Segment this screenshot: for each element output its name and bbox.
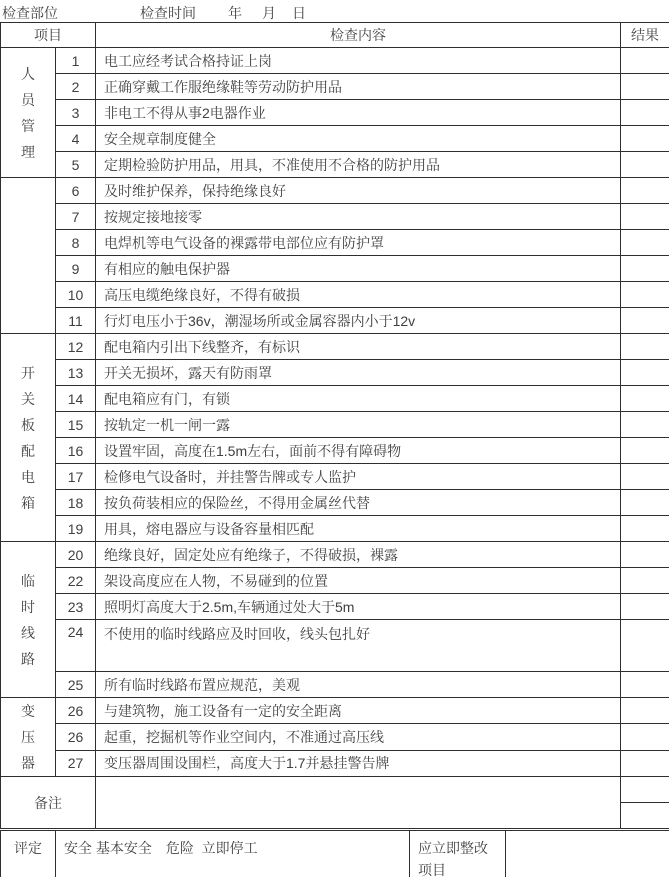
- check-item-text: 安全规章制度健全: [96, 126, 621, 152]
- check-row: 7按规定接地接零: [1, 204, 669, 230]
- category-label: [1, 178, 56, 334]
- check-row: 25所有临时线路布置应规范，美观: [1, 672, 669, 698]
- result-cell[interactable]: [621, 230, 669, 256]
- result-cell[interactable]: [621, 126, 669, 152]
- rating-label: 评定: [1, 831, 56, 877]
- inspection-table: 项目 检查内容 结果 人 员 管 理1电工应经考试合格持证上岗2正确穿戴工作服绝…: [0, 22, 669, 829]
- row-number: 3: [56, 100, 96, 126]
- rating-row: 评定 安全 基本安全 危险 立即停工 应立即整改项目: [1, 831, 669, 877]
- check-item-text: 变压器周围设围栏，高度大于1.7并悬挂警告牌: [96, 750, 621, 776]
- check-item-text: 电工应经考试合格持证上岗: [96, 48, 621, 74]
- result-cell[interactable]: [621, 438, 669, 464]
- check-item-text: 定期检验防护用品，用具，不准使用不合格的防护用品: [96, 152, 621, 178]
- row-number: 11: [56, 308, 96, 334]
- rectify-label: 应立即整改项目: [410, 831, 506, 877]
- result-cell[interactable]: [621, 282, 669, 308]
- check-row: 人 员 管 理1电工应经考试合格持证上岗: [1, 48, 669, 74]
- check-row: 临 时 线 路20绝缘良好，固定处应有绝缘子，不得破损，裸露: [1, 542, 669, 568]
- result-cell[interactable]: [621, 334, 669, 360]
- result-cell[interactable]: [621, 308, 669, 334]
- check-item-text: 检修电气设备时，并挂警告牌或专人监护: [96, 464, 621, 490]
- location-label: 检查部位: [2, 3, 58, 23]
- check-row: 15按轨定一机一闸一露: [1, 412, 669, 438]
- row-number: 12: [56, 334, 96, 360]
- result-cell[interactable]: [621, 568, 669, 594]
- result-cell[interactable]: [621, 672, 669, 698]
- day-label: 日: [292, 3, 306, 23]
- rating-options[interactable]: 安全 基本安全 危险 立即停工: [56, 831, 410, 877]
- result-cell[interactable]: [621, 620, 669, 672]
- row-number: 6: [56, 178, 96, 204]
- check-item-text: 照明灯高度大于2.5m,车辆通过处大于5m: [96, 594, 621, 620]
- check-item-text: 不使用的临时线路应及时回收，线头包扎好: [96, 620, 621, 672]
- result-cell[interactable]: [621, 490, 669, 516]
- row-number: 16: [56, 438, 96, 464]
- time-label: 检查时间: [140, 3, 196, 23]
- check-row: 13开关无损坏，露天有防雨罩: [1, 360, 669, 386]
- row-number: 24: [56, 620, 96, 672]
- check-row: 27变压器周围设围栏，高度大于1.7并悬挂警告牌: [1, 750, 669, 776]
- result-cell[interactable]: [621, 594, 669, 620]
- row-number: 17: [56, 464, 96, 490]
- rectify-content-cell[interactable]: [506, 831, 669, 877]
- category-label: 开 关 板 配 电 箱: [1, 334, 56, 542]
- check-item-text: 有相应的触电保护器: [96, 256, 621, 282]
- category-label: 变 压 器: [1, 698, 56, 777]
- row-number: 1: [56, 48, 96, 74]
- remarks-result-cell[interactable]: [621, 777, 669, 803]
- check-item-text: 开关无损坏，露天有防雨罩: [96, 360, 621, 386]
- row-number: 14: [56, 386, 96, 412]
- check-row: 14配电箱应有门，有锁: [1, 386, 669, 412]
- result-cell[interactable]: [621, 256, 669, 282]
- check-row: 19用具，熔电器应与设备容量相匹配: [1, 516, 669, 542]
- check-item-text: 按负荷装相应的保险丝，不得用金属丝代替: [96, 490, 621, 516]
- row-number: 19: [56, 516, 96, 542]
- header-row: 项目 检查内容 结果: [1, 23, 669, 48]
- row-number: 27: [56, 750, 96, 776]
- row-number: 13: [56, 360, 96, 386]
- row-number: 26: [56, 698, 96, 724]
- month-label: 月: [262, 3, 276, 23]
- row-number: 23: [56, 594, 96, 620]
- check-item-text: 配电箱应有门，有锁: [96, 386, 621, 412]
- result-cell[interactable]: [621, 698, 669, 724]
- result-cell[interactable]: [621, 542, 669, 568]
- check-row: 10高压电缆绝缘良好，不得有破损: [1, 282, 669, 308]
- col-header-item: 项目: [1, 23, 96, 48]
- check-row: 4安全规章制度健全: [1, 126, 669, 152]
- check-row: 23照明灯高度大于2.5m,车辆通过处大于5m: [1, 594, 669, 620]
- check-item-text: 及时维护保养，保持绝缘良好: [96, 178, 621, 204]
- check-row: 8电焊机等电气设备的裸露带电部位应有防护罩: [1, 230, 669, 256]
- row-number: 9: [56, 256, 96, 282]
- check-item-text: 行灯电压小于36v，潮湿场所或金属容器内小于12v: [96, 308, 621, 334]
- check-row: 6及时维护保养，保持绝缘良好: [1, 178, 669, 204]
- rating-table: 评定 安全 基本安全 危险 立即停工 应立即整改项目: [0, 830, 669, 877]
- col-header-content: 检查内容: [96, 23, 621, 48]
- year-label: 年: [228, 3, 242, 23]
- form-title-row: 检查部位 检查时间 年 月 日: [0, 0, 669, 22]
- check-row: 变 压 器26与建筑物，施工设备有一定的安全距离: [1, 698, 669, 724]
- check-row: 26起重，挖掘机等作业空间内，不准通过高压线: [1, 724, 669, 750]
- check-item-text: 所有临时线路布置应规范，美观: [96, 672, 621, 698]
- table-body: 人 员 管 理1电工应经考试合格持证上岗2正确穿戴工作服绝缘鞋等劳动防护用品3非…: [1, 48, 669, 829]
- check-item-text: 架设高度应在人物，不易碰到的位置: [96, 568, 621, 594]
- row-number: 15: [56, 412, 96, 438]
- category-label: 临 时 线 路: [1, 542, 56, 698]
- check-row: 9有相应的触电保护器: [1, 256, 669, 282]
- check-item-text: 非电工不得从事2电器作业: [96, 100, 621, 126]
- check-item-text: 绝缘良好，固定处应有绝缘子，不得破损，裸露: [96, 542, 621, 568]
- result-cell[interactable]: [621, 516, 669, 542]
- check-item-text: 起重，挖掘机等作业空间内，不准通过高压线: [96, 724, 621, 750]
- remarks-result-cell[interactable]: [621, 803, 669, 829]
- inspection-form-page: { "title": { "location_label": "检查部位", "…: [0, 0, 669, 877]
- check-item-text: 按规定接地接零: [96, 204, 621, 230]
- result-cell[interactable]: [621, 412, 669, 438]
- category-label: 人 员 管 理: [1, 48, 56, 178]
- result-cell[interactable]: [621, 48, 669, 74]
- check-item-text: 配电箱内引出下线整齐，有标识: [96, 334, 621, 360]
- row-number: 10: [56, 282, 96, 308]
- result-cell[interactable]: [621, 386, 669, 412]
- check-row: 17检修电气设备时，并挂警告牌或专人监护: [1, 464, 669, 490]
- check-item-text: 与建筑物，施工设备有一定的安全距离: [96, 698, 621, 724]
- result-cell[interactable]: [621, 178, 669, 204]
- result-cell[interactable]: [621, 204, 669, 230]
- row-number: 22: [56, 568, 96, 594]
- check-item-text: 高压电缆绝缘良好，不得有破损: [96, 282, 621, 308]
- result-cell[interactable]: [621, 724, 669, 750]
- row-number: 8: [56, 230, 96, 256]
- check-row: 16设置牢固，高度在1.5m左右，面前不得有障碍物: [1, 438, 669, 464]
- row-number: 18: [56, 490, 96, 516]
- check-row: 18按负荷装相应的保险丝，不得用金属丝代替: [1, 490, 669, 516]
- check-item-text: 按轨定一机一闸一露: [96, 412, 621, 438]
- result-cell[interactable]: [621, 360, 669, 386]
- check-item-text: 设置牢固，高度在1.5m左右，面前不得有障碍物: [96, 438, 621, 464]
- row-number: 25: [56, 672, 96, 698]
- remarks-row: 备注: [1, 777, 669, 803]
- result-cell[interactable]: [621, 100, 669, 126]
- row-number: 2: [56, 74, 96, 100]
- check-item-text: 电焊机等电气设备的裸露带电部位应有防护罩: [96, 230, 621, 256]
- check-item-text: 正确穿戴工作服绝缘鞋等劳动防护用品: [96, 74, 621, 100]
- check-item-text: 用具，熔电器应与设备容量相匹配: [96, 516, 621, 542]
- check-row: 11行灯电压小于36v，潮湿场所或金属容器内小于12v: [1, 308, 669, 334]
- check-row: 2正确穿戴工作服绝缘鞋等劳动防护用品: [1, 74, 669, 100]
- row-number: 4: [56, 126, 96, 152]
- remarks-content-cell[interactable]: [96, 777, 621, 829]
- row-number: 7: [56, 204, 96, 230]
- remarks-label: 备注: [1, 777, 96, 829]
- result-cell[interactable]: [621, 464, 669, 490]
- result-cell[interactable]: [621, 74, 669, 100]
- col-header-result: 结果: [621, 23, 669, 48]
- check-row: 22架设高度应在人物，不易碰到的位置: [1, 568, 669, 594]
- check-row: 5定期检验防护用品，用具，不准使用不合格的防护用品: [1, 152, 669, 178]
- row-number: 5: [56, 152, 96, 178]
- check-row: 开 关 板 配 电 箱12配电箱内引出下线整齐，有标识: [1, 334, 669, 360]
- row-number: 26: [56, 724, 96, 750]
- result-cell[interactable]: [621, 750, 669, 776]
- check-row: 3非电工不得从事2电器作业: [1, 100, 669, 126]
- check-row: 24不使用的临时线路应及时回收，线头包扎好: [1, 620, 669, 672]
- result-cell[interactable]: [621, 152, 669, 178]
- row-number: 20: [56, 542, 96, 568]
